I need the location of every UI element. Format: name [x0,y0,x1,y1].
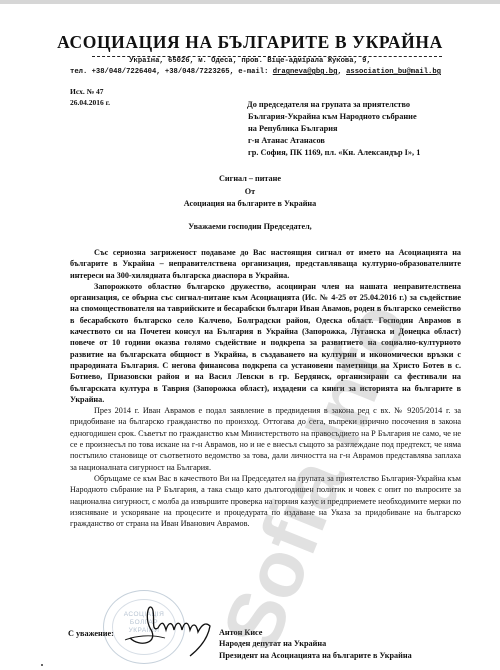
subject-block: Сигнал – питане От Асоциация на българит… [0,173,500,211]
recipient-line: До председателя на групата за приятелств… [247,99,420,111]
letterhead-contacts: тел. +38/048/7226404, +38/048/7223265, e… [70,68,470,76]
recipient-line: г-н Атанас Атанасов [248,135,420,147]
letterhead-title: АСОЦИАЦИЯ НА БЪЛГАРИТЕ В УКРАЙНА [0,32,500,53]
signer-block: Антон Кисе Народен депутат на Украйна Пр… [219,627,412,661]
letter-body: Със сериозна загриженост подаваме до Вас… [70,247,461,529]
subject-from: От [0,186,500,199]
body-paragraph: Със сериозна загриженост подаваме до Вас… [70,247,461,281]
email-separator: , [337,68,346,76]
body-paragraph: През 2014 г. Иван Аврамов е подал заявле… [70,405,461,473]
body-paragraph: Запорожкото областно българско дружество… [70,281,461,405]
recipient-line: България-Украйна към Народното събрание [248,111,420,123]
recipient-block: До председателя на групата за приятелств… [247,99,420,159]
signer-title: Народен депутат на Украйна [219,638,412,649]
letterhead-address: Україна, 65026, м. Одеса, пров. Віце-адм… [0,57,500,65]
reference-date: 26.04.2016 г. [70,97,110,108]
recipient-line: на Република България [248,123,420,135]
signer-name: Антон Кисе [219,627,412,638]
subject-sender: Асоциация на българите в Украйна [0,198,500,211]
handwritten-signature [120,598,220,658]
email-link-1[interactable]: dragneva@gbg.bg [273,68,338,76]
reference-number: Исх. № 47 [70,86,110,97]
signer-title: Президент на Асоциацията на българите в … [219,650,412,661]
reference-block: Исх. № 47 26.04.2016 г. [70,86,110,108]
contact-phones: тел. +38/048/7226404, +38/048/7223265, e… [70,68,273,76]
letter-page: АСОЦИАЦИЯ НА БЪЛГАРИТЕ В УКРАЙНА Україна… [0,0,500,670]
closing-label: С уважение: [68,629,114,638]
salutation: Уважаеми господин Председател, [0,222,500,231]
subject-title: Сигнал – питане [0,173,500,186]
body-paragraph: Обръщаме се към Вас в качеството Ви на П… [70,473,461,529]
email-link-2[interactable]: association_bu@mail.bg [346,68,441,76]
scan-speck [41,664,43,666]
recipient-line: гр. София, ПК 1169, пл. «Кн. Александър … [248,147,420,159]
